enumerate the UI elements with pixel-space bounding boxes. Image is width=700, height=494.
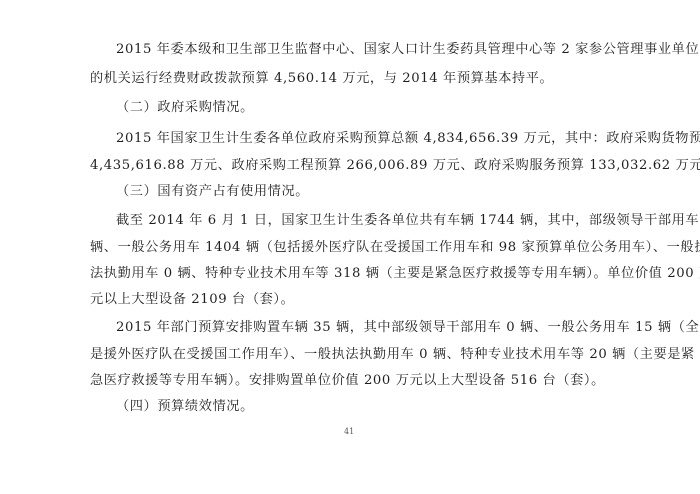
- paragraph-4-line-1: 2015 年部门预算安排购置车辆 35 辆，其中部级领导干部用车 0 辆、一般公…: [116, 318, 636, 338]
- paragraph-1-line-2: 的机关运行经费财政拨款预算 4,560.14 万元，与 2014 年预算基本持平…: [90, 69, 610, 89]
- heading-government-procurement: （二）政府采购情况。: [116, 98, 636, 118]
- paragraph-2-line-2: 4,435,616.88 万元、政府采购工程预算 266,006.89 万元、政…: [90, 156, 610, 176]
- paragraph-3-line-3: 法执勤用车 0 辆、特种专业技术用车等 318 辆（主要是紧急医疗救援等专用车辆…: [90, 264, 610, 284]
- heading-state-assets: （三）国有资产占有使用情况。: [116, 182, 636, 202]
- document-page: 2015 年委本级和卫生部卫生监督中心、国家人口计生委药具管理中心等 2 家参公…: [0, 0, 700, 494]
- paragraph-3-line-2: 辆、一般公务用车 1404 辆（包括援外医疗队在受援国工作用车和 98 家预算单…: [90, 238, 610, 258]
- heading-budget-performance: （四）预算绩效情况。: [116, 397, 636, 417]
- paragraph-3-line-1: 截至 2014 年 6 月 1 日，国家卫生计生委各单位共有车辆 1744 辆，…: [116, 211, 636, 231]
- paragraph-2-line-1: 2015 年国家卫生计生委各单位政府采购预算总额 4,834,656.39 万元…: [116, 129, 636, 149]
- page-number: 41: [344, 427, 354, 436]
- paragraph-4-line-3: 急医疗救援等专用车辆）。安排购置单位价值 200 万元以上大型设备 516 台（…: [90, 371, 610, 391]
- paragraph-4-line-2: 是援外医疗队在受援国工作用车）、一般执法执勤用车 0 辆、特种专业技术用车等 2…: [90, 345, 610, 365]
- paragraph-3-line-4: 元以上大型设备 2109 台（套）。: [90, 290, 610, 310]
- paragraph-1-line-1: 2015 年委本级和卫生部卫生监督中心、国家人口计生委药具管理中心等 2 家参公…: [116, 40, 636, 60]
